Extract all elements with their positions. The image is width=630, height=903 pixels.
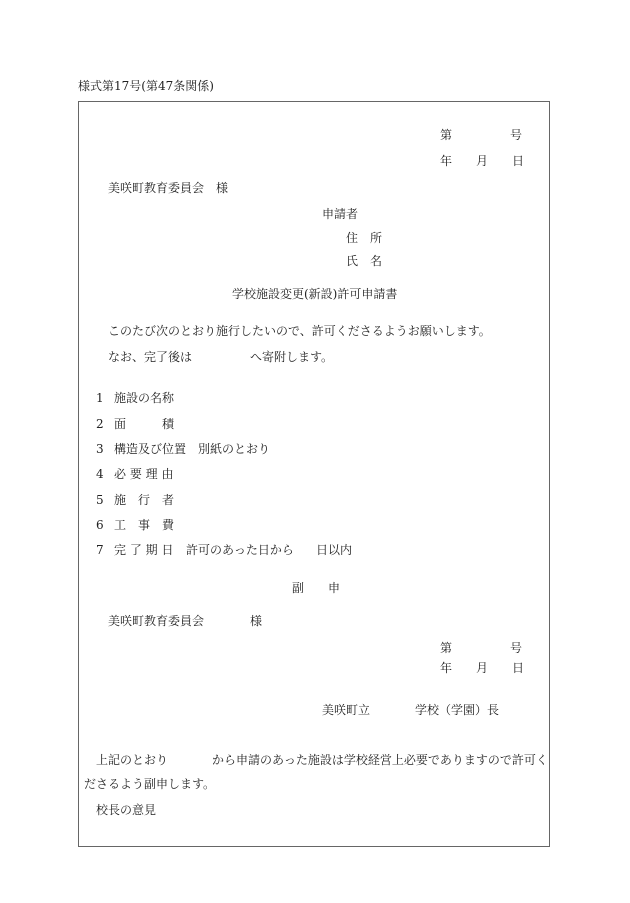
item-number: 3 xyxy=(96,442,104,456)
date-month: 月 xyxy=(476,154,488,168)
item-label: 必 要 理 由 xyxy=(114,467,173,481)
item-value: 許可のあった日から xyxy=(186,543,294,557)
school-prefix: 美咲町立 xyxy=(322,703,370,717)
document-title: 学校施設変更(新設)許可申請書 xyxy=(232,287,397,301)
date-day: 日 xyxy=(512,154,524,168)
endorsement-date-year: 年 xyxy=(440,661,452,675)
endorsement-date-month: 月 xyxy=(476,661,488,675)
endorsement-number-prefix: 第 xyxy=(440,641,452,655)
item-label: 施 行 者 xyxy=(114,493,174,507)
endorsement-number-suffix: 号 xyxy=(510,641,522,655)
number-suffix: 号 xyxy=(510,128,522,142)
item-value: 別紙のとおり xyxy=(198,442,270,456)
endorsement-body-line-2: ださるよう副申します。 xyxy=(84,777,215,791)
addressee: 美咲町教育委員会 様 xyxy=(108,181,228,195)
item-number: 6 xyxy=(96,518,104,532)
opinion-label: 校長の意見 xyxy=(96,803,156,817)
body-line-2b: へ寄附します。 xyxy=(250,350,333,364)
endorsement-title: 副 申 xyxy=(292,581,340,595)
item-number: 2 xyxy=(96,417,104,431)
date-year: 年 xyxy=(440,154,452,168)
form-label: 様式第17号(第47条関係) xyxy=(78,79,214,93)
item-value-suffix: 日以内 xyxy=(316,543,352,557)
endorsement-body-line-1b: から申請のあった施設は学校経営上必要でありますので許可く xyxy=(212,753,548,767)
item-label: 完 了 期 日 xyxy=(114,543,173,557)
body-line-1: このたび次のとおり施行したいので、許可くださるようお願いします。 xyxy=(108,324,491,338)
endorsement-body-line-1a: 上記のとおり xyxy=(96,753,168,767)
endorsement-date-day: 日 xyxy=(512,661,524,675)
number-prefix: 第 xyxy=(440,128,452,142)
address-label: 住 所 xyxy=(346,231,382,245)
endorsement-addressee-honorific: 様 xyxy=(250,614,262,628)
item-number: 5 xyxy=(96,493,104,507)
applicant-label: 申請者 xyxy=(322,207,358,221)
school-suffix: 学校（学園）長 xyxy=(415,703,499,717)
item-label: 工 事 費 xyxy=(114,518,174,532)
item-label: 面 積 xyxy=(114,417,174,431)
endorsement-addressee: 美咲町教育委員会 xyxy=(108,614,204,628)
item-label: 構造及び位置 xyxy=(114,442,186,456)
item-label: 施設の名称 xyxy=(114,391,174,405)
item-number: 4 xyxy=(96,467,104,481)
body-line-2a: なお、完了後は xyxy=(108,350,192,364)
item-number: 7 xyxy=(96,543,104,557)
item-number: 1 xyxy=(96,391,104,405)
name-label: 氏 名 xyxy=(346,254,382,268)
